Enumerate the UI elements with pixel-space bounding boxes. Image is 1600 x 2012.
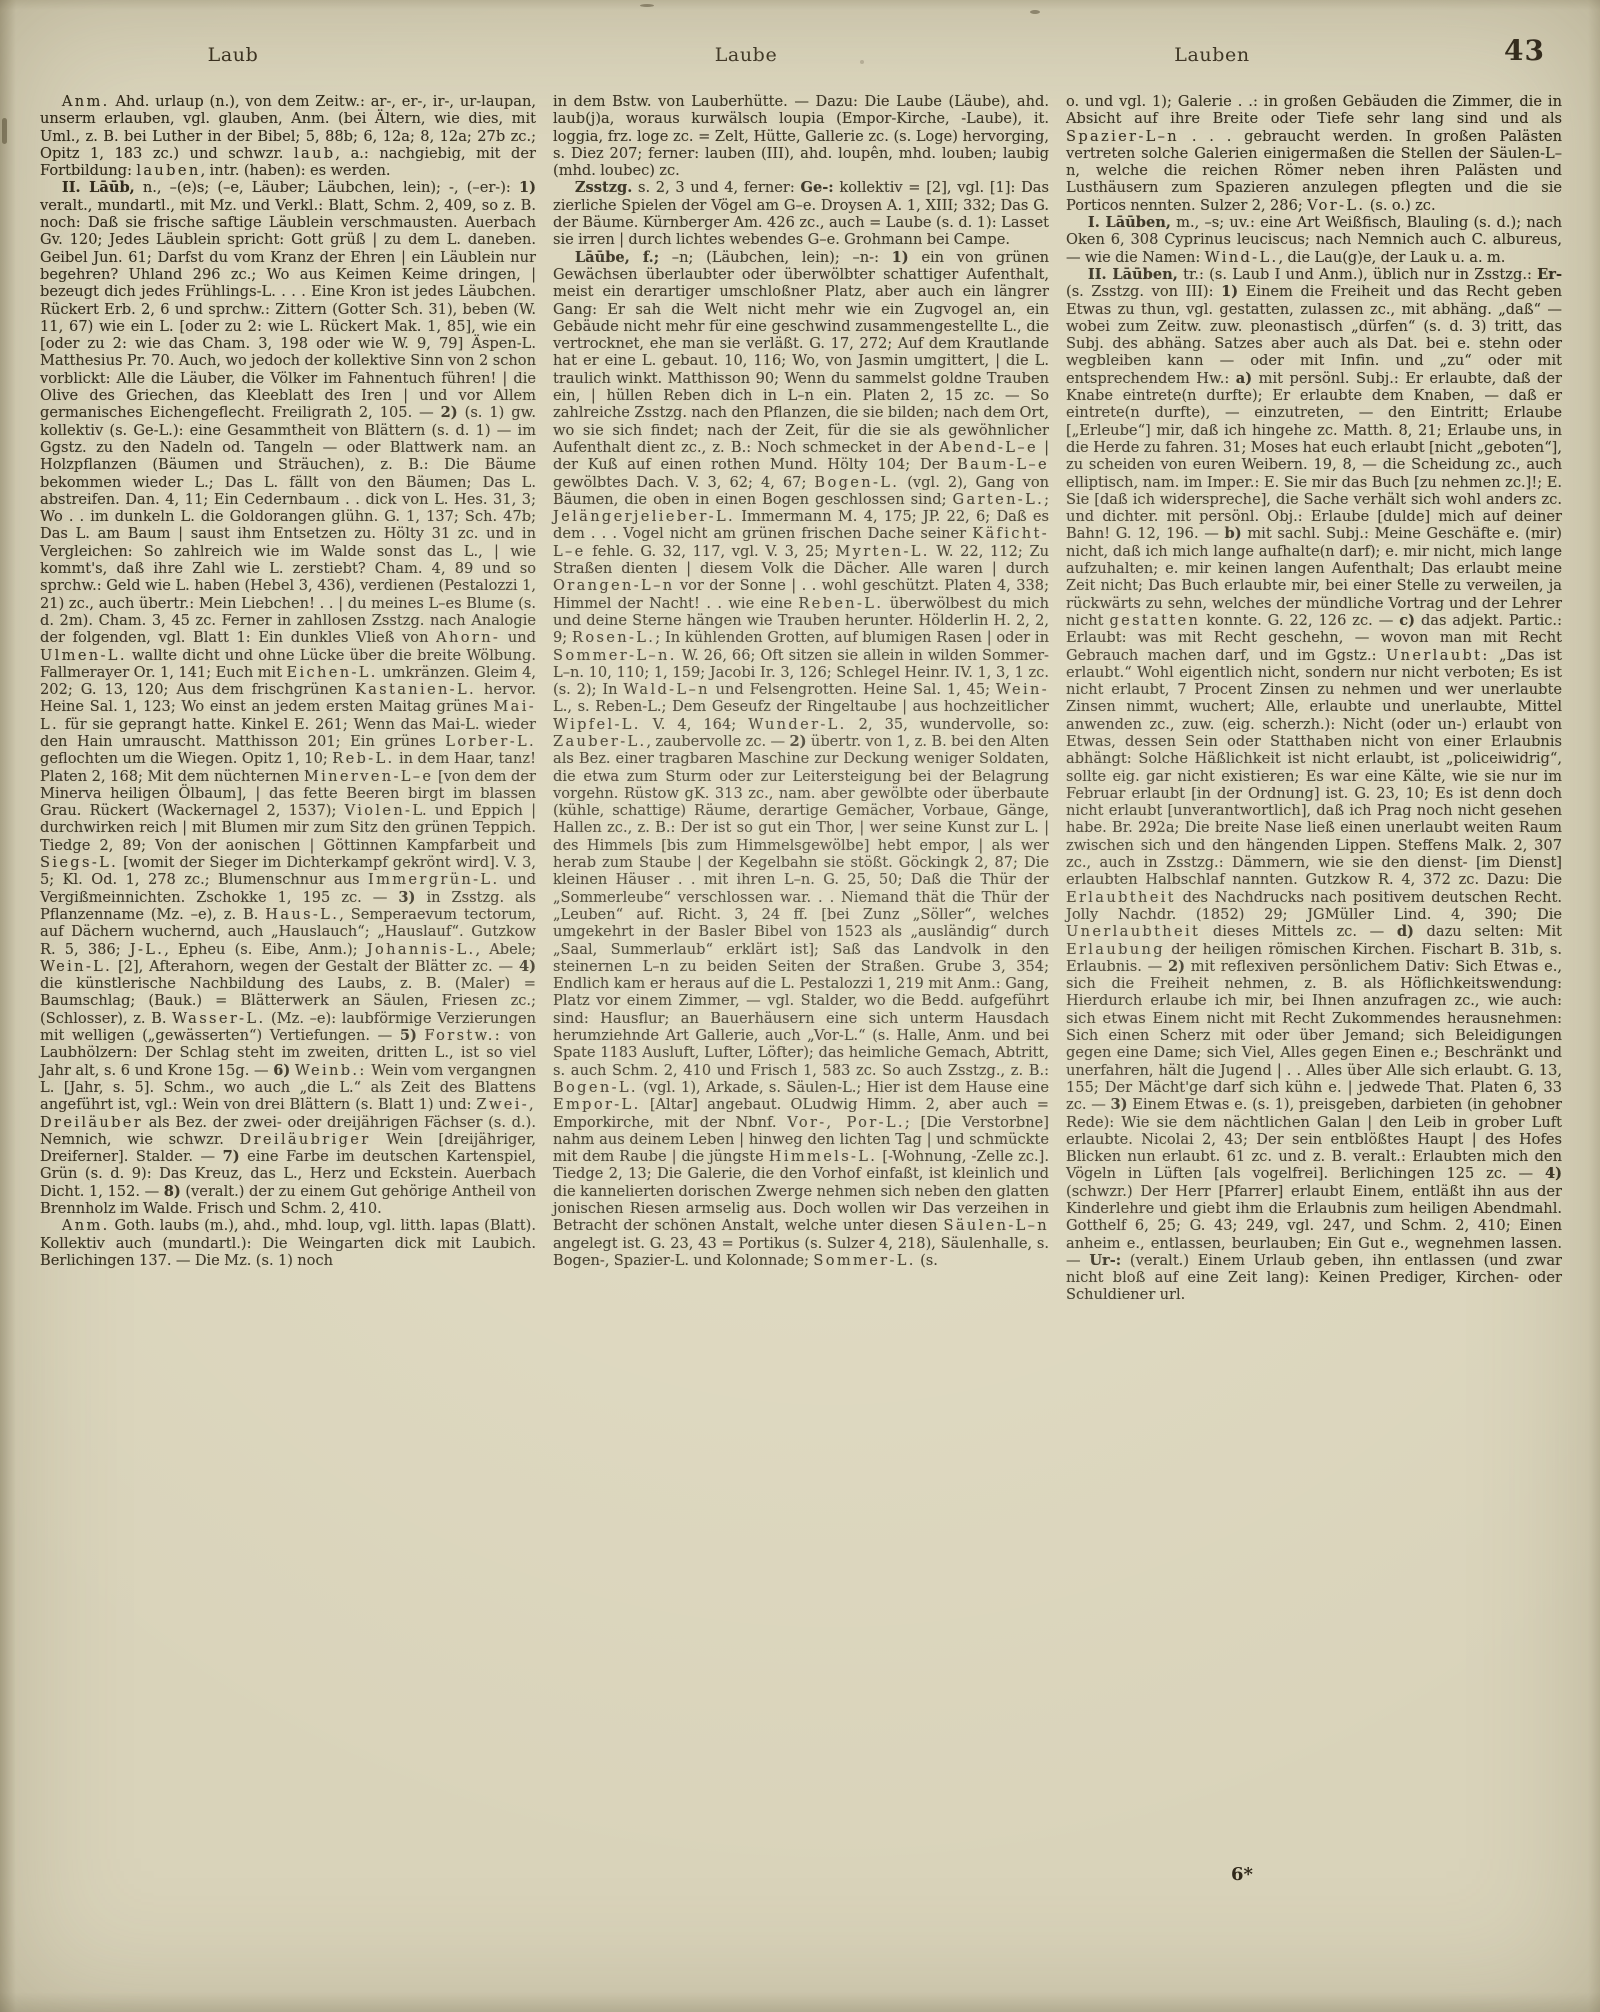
- text-run: Anm.: [62, 1217, 110, 1234]
- text-run: Wunder-L.: [748, 716, 846, 733]
- text-run: Wald-L–n: [623, 681, 709, 698]
- text-run: 6): [273, 1062, 290, 1079]
- text-run: d): [1397, 923, 1414, 940]
- text-run: Reben-L.: [798, 595, 883, 612]
- text-run: Er-: [1537, 266, 1562, 283]
- paragraph: in dem Bstw. von Lauberhütte. — Dazu: Di…: [553, 93, 1049, 179]
- text-run: Dreiläubriger: [240, 1131, 371, 1148]
- text-run: Spazier-L–n: [1066, 128, 1179, 145]
- text-run: Forstw.:: [425, 1027, 502, 1044]
- text-run: J-L.: [130, 941, 164, 958]
- text-run: Bogen-L.: [814, 474, 899, 491]
- running-head-laub: Laub: [208, 44, 259, 66]
- text-run: Siegs-L.: [40, 854, 118, 871]
- text-run: 5): [400, 1027, 417, 1044]
- text-run: Käficht-L–e: [553, 525, 1049, 559]
- text-run: Zauber-L.: [553, 733, 646, 750]
- text-run: Sommer-L–n.: [553, 647, 677, 664]
- paragraph: o. und vgl. 1); Galerie . .: in großen G…: [1066, 93, 1562, 214]
- text-run: Zsstzg.: [575, 179, 632, 196]
- text-run: Unerlaubt:: [1386, 647, 1490, 664]
- text-run: Rosen-L.: [572, 629, 655, 646]
- text-run: Wasser-L.: [172, 1010, 265, 1027]
- text-run: Wein-L.: [40, 958, 112, 975]
- text-run: 4): [1545, 1165, 1562, 1182]
- ink-speck: [2, 118, 7, 144]
- paragraph: Zsstzg. s. 2, 3 und 4, ferner: Ge-: koll…: [553, 179, 1049, 248]
- text-run: Wein-: [996, 681, 1049, 698]
- text-run: 8): [164, 1183, 181, 1200]
- text-run: Erlaubung: [1066, 941, 1165, 958]
- text-run: Kastanien-L.: [355, 681, 476, 698]
- text-run: Vor-, Por-L.: [787, 1114, 905, 1131]
- text-run: Johannis-L.: [367, 941, 476, 958]
- text-run: II. Lāūben,: [1088, 266, 1178, 283]
- text-run: Abend-L–e: [939, 439, 1038, 456]
- text-run: 3): [398, 889, 415, 906]
- text-run: Zwei-, Dreiläuber: [40, 1096, 536, 1130]
- ink-speck: [1030, 10, 1040, 14]
- signature-mark: 6*: [1210, 1864, 1274, 1885]
- text-run: a): [1236, 370, 1252, 387]
- ink-speck: [860, 60, 864, 64]
- text-run: 1): [892, 249, 909, 266]
- text-run: lauben: [136, 162, 200, 179]
- text-run: Violen-: [345, 802, 413, 819]
- text-run: Myrten-L.: [835, 543, 929, 560]
- text-run: 4): [519, 958, 536, 975]
- paragraph: Lāūbe, f.; –n; (Läubchen, lein); –n-: 1)…: [553, 249, 1049, 1270]
- text-run: Baum-L–e: [957, 456, 1049, 473]
- dictionary-page: Laub Laube Lauben 43 Anm. Ahd. urlaup (n…: [0, 0, 1600, 2012]
- text-run: laub: [294, 145, 335, 162]
- text-run: Himmels-L.: [769, 1148, 878, 1165]
- text-run: Lāūbe, f.;: [575, 249, 659, 266]
- text-run: Lorber-L.: [445, 733, 536, 750]
- text-run: Erlaubtheit: [1066, 889, 1176, 906]
- running-head-laube: Laube: [715, 44, 778, 66]
- text-run: Garten-L.: [953, 491, 1045, 508]
- text-run: Anm.: [62, 93, 110, 110]
- text-run: Wipfel-L.: [553, 716, 641, 733]
- text-run: Jelängerjelieber-L.: [553, 508, 735, 525]
- column-3: o. und vgl. 1); Galerie . .: in großen G…: [1066, 93, 1562, 1304]
- paragraph: Anm. Goth. laubs (m.), ahd., mhd. loup, …: [40, 1217, 536, 1269]
- text-run: Sommer-L.: [813, 1252, 915, 1269]
- text-run: b): [1225, 525, 1242, 542]
- paragraph: II. Lāūb, n., –(e)s; (–e, Läuber; Läubch…: [40, 179, 536, 1217]
- text-run: Eichen-L.: [287, 664, 378, 681]
- text-run: Ur-:: [1089, 1252, 1121, 1269]
- text-run: gestatten: [1109, 612, 1200, 629]
- text-run: 2): [1168, 958, 1185, 975]
- text-run: Weinb.:: [295, 1062, 367, 1079]
- text-run: Orangen-L–n: [553, 577, 674, 594]
- text-run: 7): [223, 1148, 240, 1165]
- paragraph: II. Lāūben, tr.: (s. Laub I und Anm.), ü…: [1066, 266, 1562, 1304]
- text-run: Säulen-L–n: [944, 1217, 1049, 1234]
- text-run: Mai-L.: [40, 698, 536, 732]
- text-run: 2): [789, 733, 806, 750]
- text-run: 1): [519, 179, 536, 196]
- paragraph: Anm. Ahd. urlaup (n.), von dem Zeitw.: a…: [40, 93, 536, 179]
- text-run: 1): [1221, 283, 1238, 300]
- text-run: Reb-L.: [332, 750, 394, 767]
- column-1: Anm. Ahd. urlaup (n.), von dem Zeitw.: a…: [40, 93, 536, 1304]
- text-run: Minerven-L–e: [304, 768, 434, 785]
- text-run: Haus-L.: [265, 906, 339, 923]
- text-run: I. Lāūben,: [1088, 214, 1171, 231]
- text-run: Empor-L.: [553, 1096, 641, 1113]
- text-run: Unerlaubtheit: [1066, 923, 1200, 940]
- ink-speck: [640, 4, 654, 7]
- column-2: in dem Bstw. von Lauberhütte. — Dazu: Di…: [553, 93, 1049, 1304]
- page-number: 43: [1504, 34, 1545, 67]
- text-run: c): [1399, 612, 1415, 629]
- text-run: 2): [441, 404, 458, 421]
- running-head-lauben: Lauben: [1174, 44, 1249, 66]
- text-run: Immergrün-L.: [368, 871, 499, 888]
- text-run: 3): [1111, 1096, 1128, 1113]
- paragraph: I. Lāūben, m., –s; uv.: eine Art Weißfis…: [1066, 214, 1562, 266]
- text-run: Bogen-L.: [553, 1079, 638, 1096]
- text-run: Ge-:: [801, 179, 834, 196]
- text-run: Vor-L.: [1307, 197, 1365, 214]
- text-run: Wind-L.: [1205, 249, 1279, 266]
- text-columns: Anm. Ahd. urlaup (n.), von dem Zeitw.: a…: [40, 93, 1562, 1304]
- text-run: Ulmen-L.: [40, 647, 127, 664]
- text-run: II. Lāūb,: [62, 179, 135, 196]
- text-run: Ahorn-: [436, 629, 500, 646]
